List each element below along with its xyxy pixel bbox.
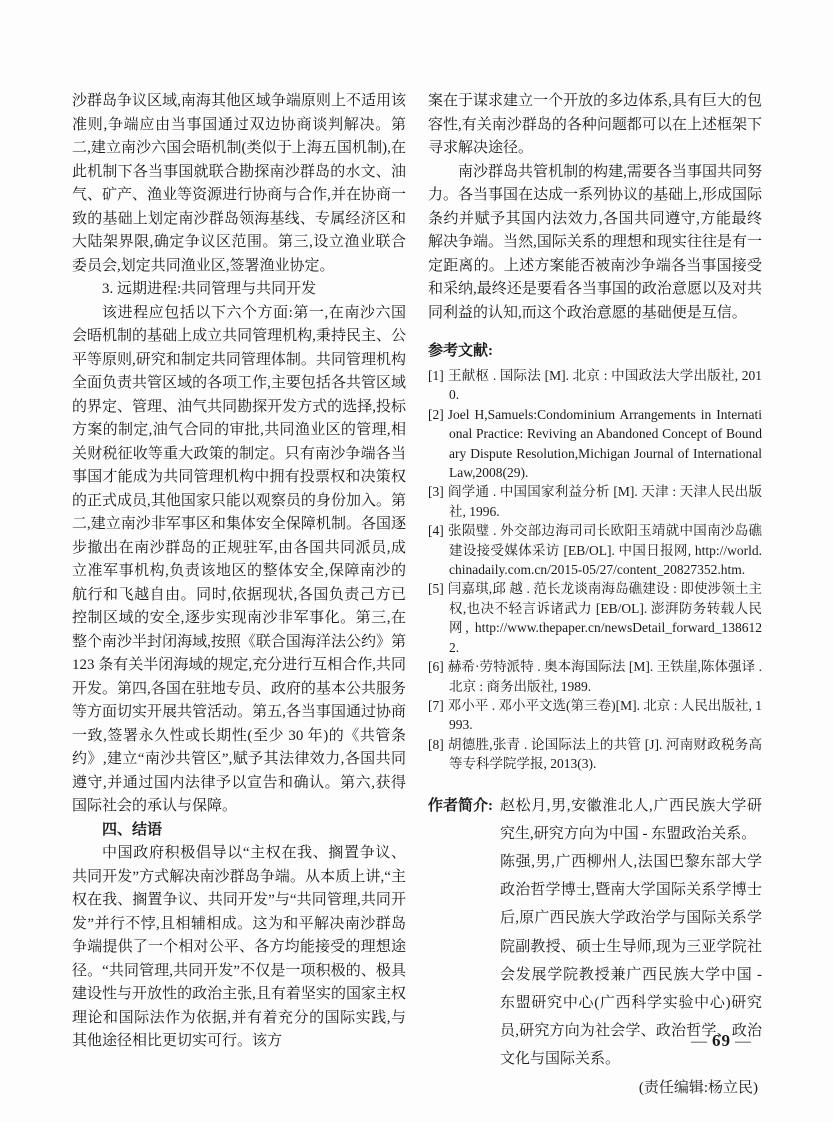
author-bio-label: 作者简介: — [428, 792, 493, 820]
left-column: 沙群岛争议区域,南海其他区域争端原则上不适用该准则,争端应由当事国通过双边协商谈… — [72, 90, 406, 1054]
reference-text: 邓小平 . 邓小平文选(第三卷)[M]. 北京 : 人民出版社, 1993. — [448, 698, 762, 732]
reference-item: [7]邓小平 . 邓小平文选(第三卷)[M]. 北京 : 人民出版社, 1993… — [428, 696, 762, 735]
paragraph-conclusion: 中国政府积极倡导以“主权在我、搁置争议、共同开发”方式解决南沙群岛争端。从本质上… — [72, 842, 406, 1054]
reference-marker: [8] — [428, 737, 448, 752]
reference-item: [3]阎学通 . 中国国家利益分析 [M]. 天津 : 天津人民出版社, 199… — [428, 482, 762, 521]
reference-item: [5]闫嘉琪,邱 越 . 范长龙谈南海岛礁建设 : 即使涉领土主权,也决不轻言诉… — [428, 579, 762, 657]
page-number-dash: — — [735, 1033, 752, 1050]
paragraph-continued: 沙群岛争议区域,南海其他区域争端原则上不适用该准则,争端应由当事国通过双边协商谈… — [72, 90, 406, 278]
reference-text: 张陨璧 . 外交部边海司司长欧阳玉靖就中国南沙岛礁建设接受媒体采访 [EB/OL… — [448, 523, 762, 577]
subheading-long-term-process: 3. 远期进程:共同管理与共同开发 — [72, 278, 406, 302]
reference-item: [6]赫希·劳特派特 . 奥本海国际法 [M]. 王铁崖,陈体强译 . 北京 :… — [428, 657, 762, 696]
reference-text: 王献枢 . 国际法 [M]. 北京 : 中国政法大学出版社, 2010. — [448, 368, 762, 402]
journal-page: 沙群岛争议区域,南海其他区域争端原则上不适用该准则,争端应由当事国通过双边协商谈… — [0, 0, 833, 1123]
reference-item: [2]Joel H,Samuels:Condominium Arrangemen… — [428, 405, 762, 483]
author-bio-entry: 赵松月,男,安徽淮北人,广西民族大学研究生,研究方向为中国 - 东盟政治关系。 — [500, 792, 762, 848]
page-number-value: 69 — [708, 1031, 735, 1050]
reference-item: [4]张陨璧 . 外交部边海司司长欧阳玉靖就中国南沙岛礁建设接受媒体采访 [EB… — [428, 521, 762, 579]
paragraph-mechanism: 南沙群岛共管机制的构建,需要各当事国共同努力。各当事国在达成一系列协议的基础上,… — [428, 161, 762, 326]
reference-marker: [1] — [428, 368, 448, 383]
right-column: 案在于谋求建立一个开放的多边体系,具有巨大的包容性,有关南沙群岛的各种问题都可以… — [428, 90, 762, 1102]
page-number-dash: — — [691, 1033, 708, 1050]
reference-text: 阎学通 . 中国国家利益分析 [M]. 天津 : 天津人民出版社, 1996. — [448, 484, 762, 518]
paragraph-continued: 案在于谋求建立一个开放的多边体系,具有巨大的包容性,有关南沙群岛的各种问题都可以… — [428, 90, 762, 161]
reference-marker: [4] — [428, 523, 448, 538]
reference-item: [1]王献枢 . 国际法 [M]. 北京 : 中国政法大学出版社, 2010. — [428, 366, 762, 405]
editor-note: (责任编辑:杨立民) — [428, 1074, 762, 1102]
reference-marker: [6] — [428, 659, 448, 674]
references-heading: 参考文献: — [428, 340, 762, 363]
section-heading-conclusion: 四、结语 — [72, 819, 406, 843]
reference-marker: [3] — [428, 484, 448, 499]
reference-marker: [5] — [428, 581, 448, 596]
reference-text: 赫希·劳特派特 . 奥本海国际法 [M]. 王铁崖,陈体强译 . 北京 : 商务… — [448, 659, 762, 693]
references-list: [1]王献枢 . 国际法 [M]. 北京 : 中国政法大学出版社, 2010. … — [428, 366, 762, 774]
page-number: —69— — [428, 1031, 762, 1051]
reference-text: 闫嘉琪,邱 越 . 范长龙谈南海岛礁建设 : 即使涉领土主权,也决不轻言诉诸武力… — [448, 581, 762, 654]
reference-item: [8]胡德胜,张青 . 论国际法上的共管 [J]. 河南财政税务高等专科学院学报… — [428, 735, 762, 774]
reference-text: Joel H,Samuels:Condominium Arrangements … — [448, 407, 762, 480]
paragraph-process: 该进程应包括以下六个方面:第一,在南沙六国会晤机制的基础上成立共同管理机构,秉持… — [72, 302, 406, 819]
reference-marker: [7] — [428, 698, 448, 713]
reference-marker: [2] — [428, 407, 448, 422]
reference-text: 胡德胜,张青 . 论国际法上的共管 [J]. 河南财政税务高等专科学院学报, 2… — [448, 737, 762, 771]
